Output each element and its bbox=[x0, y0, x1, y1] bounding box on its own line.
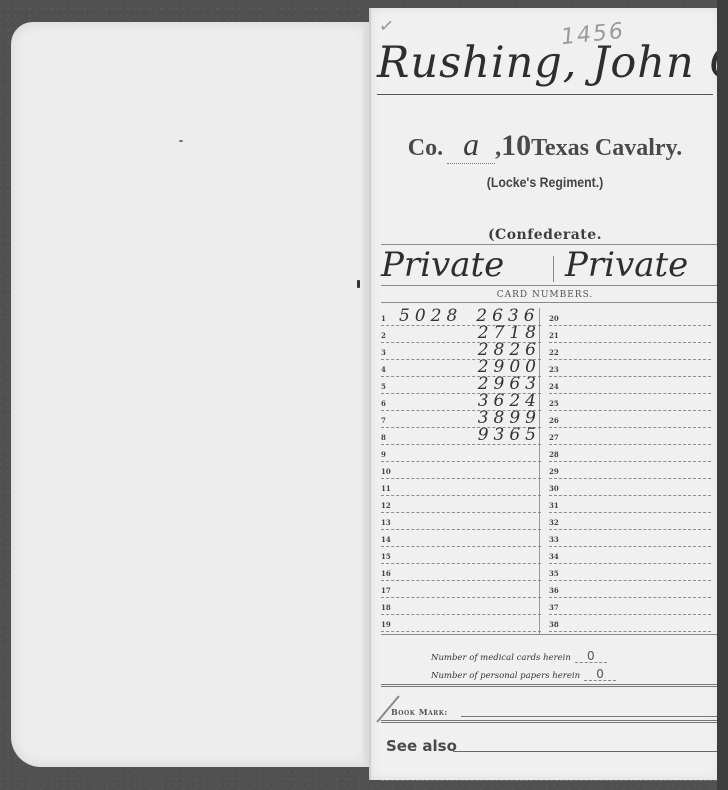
paper-speck bbox=[357, 280, 360, 288]
card-number-row: 33 bbox=[549, 529, 711, 547]
card-number-row: 29 bbox=[549, 461, 711, 479]
card-number-prefix: 5028 bbox=[399, 306, 462, 326]
card-number-row: 9 bbox=[381, 444, 541, 462]
scanner-edge bbox=[717, 0, 728, 790]
bookmark-top-rule bbox=[381, 684, 717, 687]
card-number-row: 14 bbox=[381, 529, 541, 547]
rank-bottom-rule bbox=[381, 285, 717, 286]
card-number-row: 15 bbox=[381, 546, 541, 564]
card-number-row: 34 bbox=[549, 546, 711, 564]
card-number-row: 21 bbox=[549, 325, 711, 343]
see-also-field bbox=[453, 751, 717, 752]
card-number-row: 12 bbox=[381, 495, 541, 513]
card-number-row: 36 bbox=[549, 580, 711, 598]
rank-entered: Private bbox=[381, 248, 504, 282]
card-number-row: 10 bbox=[381, 461, 541, 479]
regiment-unit: Texas Cavalry. bbox=[531, 135, 682, 161]
personal-papers-value: 0 bbox=[584, 668, 616, 681]
personal-papers-count-line: Number of personal papers herein 0 bbox=[431, 663, 711, 681]
personal-papers-label: Number of personal papers herein bbox=[431, 671, 580, 681]
service-record-jacket: ✓ 1456 Rushing, John C. Co. a,10Texas Ca… bbox=[369, 8, 719, 780]
card-number-row: 16 bbox=[381, 563, 541, 581]
rank-divider bbox=[553, 256, 554, 282]
card-number-row: 25 bbox=[549, 393, 711, 411]
bookmark-row: Book Mark: bbox=[381, 698, 717, 720]
regiment-number: 10 bbox=[501, 129, 531, 162]
regiment-name: (Locke's Regiment.) bbox=[392, 174, 698, 190]
card-number-row: 24 bbox=[549, 376, 711, 394]
company-label: Co. bbox=[408, 135, 443, 161]
card-number-row: 38 bbox=[549, 614, 711, 632]
card-number-row: 22 bbox=[549, 342, 711, 360]
see-also-continuation-line bbox=[381, 780, 717, 781]
card-number-row: 30 bbox=[549, 478, 711, 496]
rank-row: Private Private bbox=[381, 246, 717, 286]
see-also-row: See also bbox=[381, 735, 717, 757]
card-number-row: 31 bbox=[549, 495, 711, 513]
unit-line: Co. a,10Texas Cavalry. bbox=[371, 126, 719, 164]
pencil-check-mark: ✓ bbox=[378, 15, 396, 38]
bookmark-bottom-rule bbox=[381, 720, 717, 723]
medical-cards-value: 0 bbox=[575, 650, 607, 663]
paper-speck bbox=[179, 140, 183, 142]
card-number-row: 18 bbox=[381, 597, 541, 615]
card-number-row: 19 bbox=[381, 614, 541, 632]
card-number-row: 17 bbox=[381, 580, 541, 598]
bookmark-label: Book Mark: bbox=[391, 707, 448, 717]
card-number-row: 26 bbox=[549, 410, 711, 428]
card-number-row: 89365 bbox=[381, 427, 541, 445]
see-also-label: See also bbox=[386, 737, 457, 755]
card-number-row: 20 bbox=[549, 308, 711, 326]
bookmark-field bbox=[461, 716, 717, 717]
enclosure-counts: Number of medical cards herein 0 Number … bbox=[431, 645, 711, 681]
company-letter: a bbox=[447, 126, 495, 164]
card-number-row: 27 bbox=[549, 427, 711, 445]
medical-cards-label: Number of medical cards herein bbox=[431, 653, 571, 663]
card-numbers-bottom-rule bbox=[381, 634, 717, 635]
rank-left-service: Private bbox=[565, 248, 688, 282]
card-number-row: 35 bbox=[549, 563, 711, 581]
card-number-value: 9365 bbox=[390, 427, 541, 444]
card-number-row: 28 bbox=[549, 444, 711, 462]
card-numbers-rule bbox=[381, 302, 717, 303]
medical-cards-count-line: Number of medical cards herein 0 bbox=[431, 645, 711, 663]
card-number-row: 37 bbox=[549, 597, 711, 615]
card-number-row: 23 bbox=[549, 359, 711, 377]
card-numbers-title: CARD NUMBERS. bbox=[371, 290, 719, 300]
name-underline bbox=[377, 94, 713, 95]
card-number-row: 11 bbox=[381, 478, 541, 496]
soldier-name: Rushing, John C. bbox=[377, 42, 713, 85]
card-number-row: 32 bbox=[549, 512, 711, 530]
side-label: (Confederate. bbox=[371, 227, 719, 243]
card-number-row: 13 bbox=[381, 512, 541, 530]
left-cover-page bbox=[11, 22, 369, 767]
